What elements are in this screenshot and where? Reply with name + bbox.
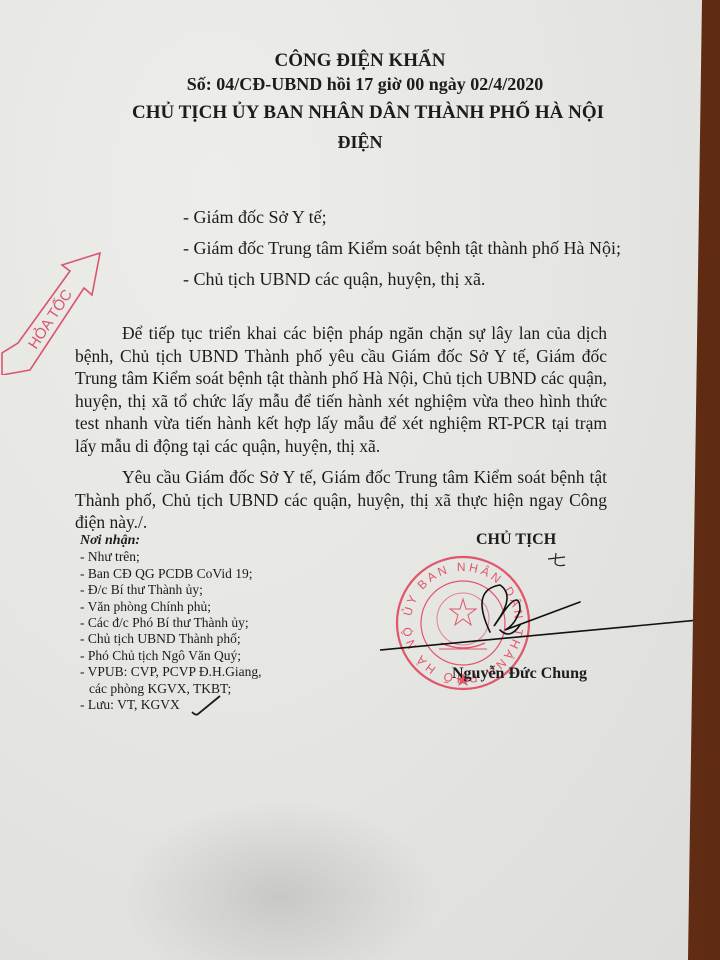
- issuer-line: CHỦ TỊCH ỦY BAN NHÂN DÂN THÀNH PHỐ HÀ NỘ…: [8, 102, 720, 124]
- urgent-stamp-label: HỎA TỐC: [24, 286, 76, 352]
- distribution-item: - Các đ/c Phó Bí thư Thành ủy;: [80, 615, 262, 631]
- document-number: Số: 04/CĐ-UBND hồi 17 giờ 00 ngày 02/4/2…: [5, 74, 720, 95]
- distribution-item: - Chủ tịch UBND Thành phố;: [80, 631, 262, 647]
- distribution-item: - Đ/c Bí thư Thành ủy;: [80, 582, 262, 598]
- initial-mark-icon: [545, 551, 569, 569]
- recipient-item: - Giám đốc Sở Y tế;: [183, 202, 621, 233]
- distribution-item: - Văn phòng Chính phủ;: [80, 599, 262, 615]
- recipient-list: - Giám đốc Sở Y tế; - Giám đốc Trung tâm…: [183, 202, 621, 295]
- body-paragraph-1: Để tiếp tục triển khai các biện pháp ngă…: [75, 322, 607, 457]
- document-page: CÔNG ĐIỆN KHẨN Số: 04/CĐ-UBND hồi 17 giờ…: [0, 0, 720, 960]
- action-line: ĐIỆN: [0, 132, 720, 153]
- recipient-item: - Chủ tịch UBND các quận, huyện, thị xã.: [183, 264, 621, 295]
- paper-shadow: [120, 800, 440, 960]
- distribution-title: Nơi nhận:: [80, 533, 262, 549]
- distribution-item: các phòng KGVX, TKBT;: [80, 681, 262, 697]
- distribution-item: - Ban CĐ QG PCDB CoVid 19;: [80, 566, 262, 582]
- distribution-item: - VPUB: CVP, PCVP Đ.H.Giang,: [80, 664, 262, 680]
- recipient-item: - Giám đốc Trung tâm Kiểm soát bệnh tật …: [183, 233, 621, 264]
- signer-name: Nguyễn Đức Chung: [452, 665, 587, 683]
- document-title: CÔNG ĐIỆN KHẨN: [0, 50, 720, 72]
- checkmark-icon: [190, 690, 230, 720]
- distribution-list: Nơi nhận: - Như trên; - Ban CĐ QG PCDB C…: [80, 533, 262, 713]
- distribution-item: - Lưu: VT, KGVX: [80, 697, 262, 713]
- distribution-item: - Như trên;: [80, 549, 262, 565]
- signer-title: CHỦ TỊCH: [476, 531, 556, 549]
- distribution-item: - Phó Chủ tịch Ngô Văn Quý;: [80, 648, 262, 664]
- body-paragraph-2: Yêu cầu Giám đốc Sở Y tế, Giám đốc Trung…: [75, 466, 607, 534]
